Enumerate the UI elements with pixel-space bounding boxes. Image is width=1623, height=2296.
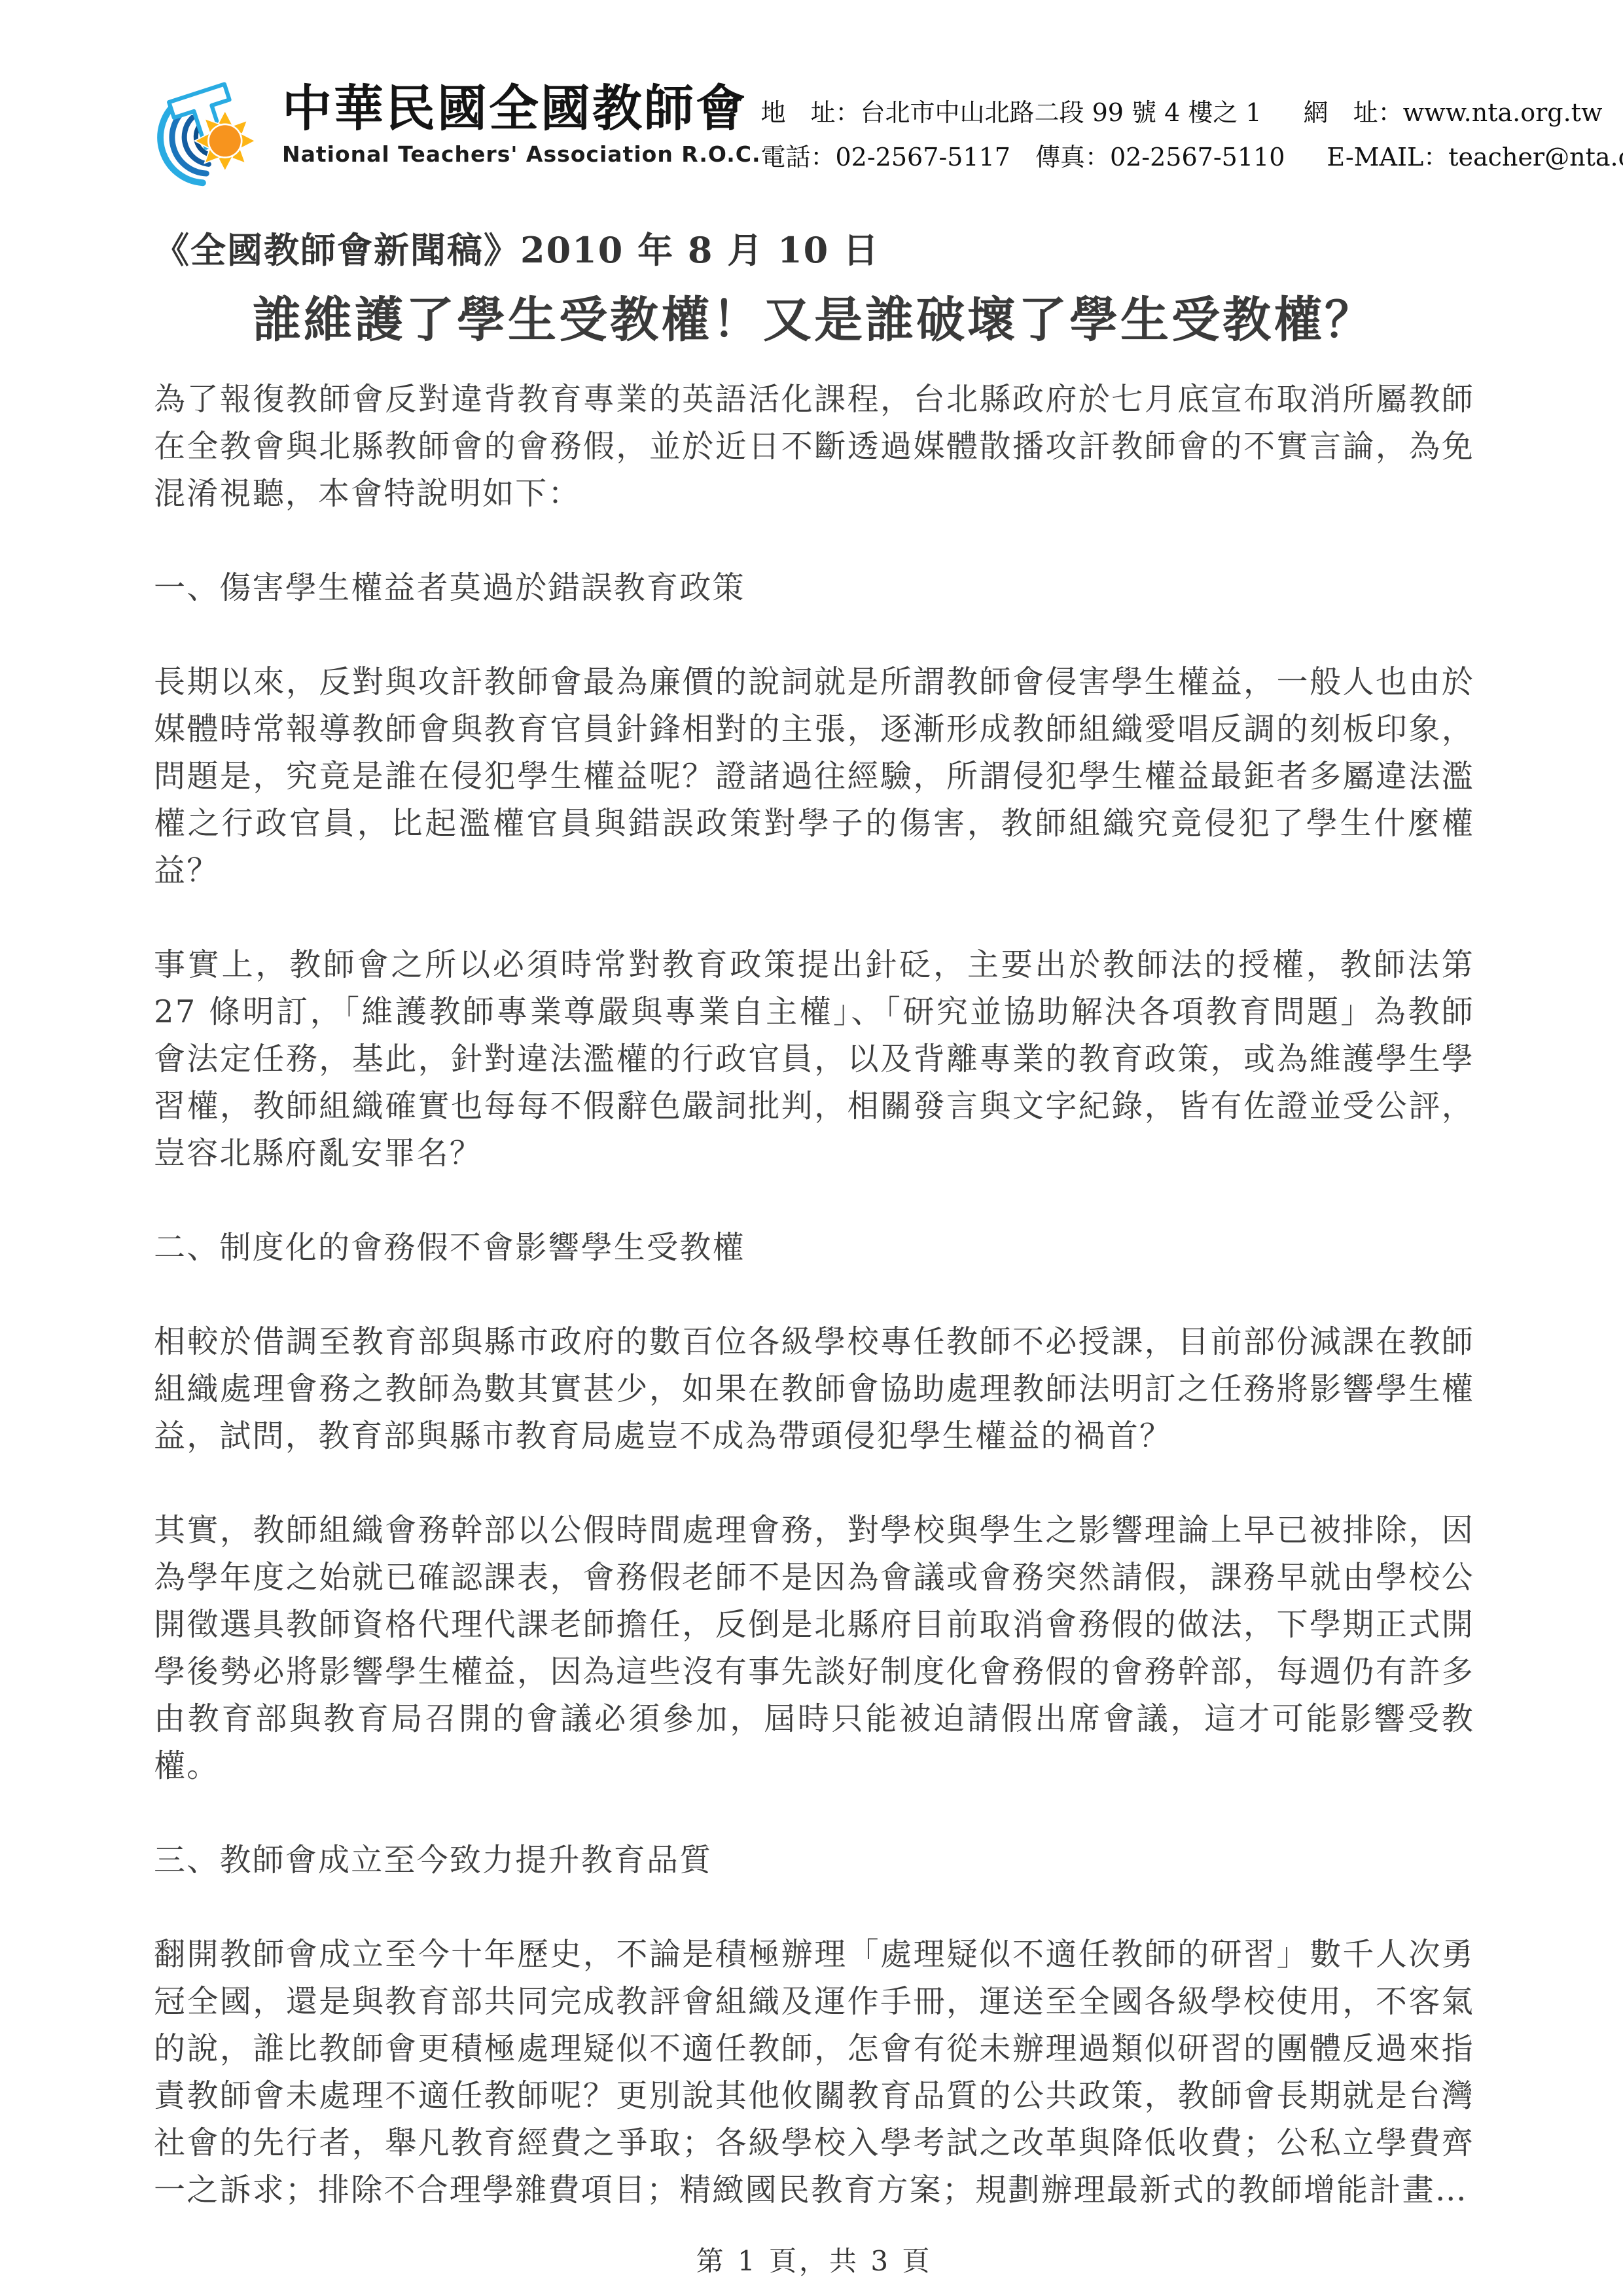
website-line: 網 址：www.nta.org.tw [1304, 90, 1603, 135]
section-1-paragraph-1: 長期以來，反對與攻訐教師會最為廉價的說詞就是所謂教師會侵害學生權益，一般人也由於… [154, 658, 1474, 894]
org-name-en: National Teachers' Association R.O.C. [282, 141, 760, 167]
section-2-paragraph-1: 相較於借調至教育部與縣市政府的數百位各級學校專任教師不必授課，目前部份減課在教師… [154, 1318, 1474, 1460]
address-line: 地 址：台北市中山北路二段 99 號 4 樓之 1 [760, 90, 1261, 135]
document-page: 中華民國全國教師會 National Teachers' Association… [0, 0, 1623, 2296]
org-brand-text: 中華民國全國教師會 National Teachers' Association… [282, 73, 760, 167]
contact-spacer [1262, 90, 1304, 135]
section-1-paragraph-2: 事實上，教師會之所以必須時常對教育政策提出針砭，主要出於教師法的授權，教師法第 … [154, 941, 1474, 1177]
contact-row-1: 地 址：台北市中山北路二段 99 號 4 樓之 1 網 址：www.nta.or… [760, 90, 1623, 135]
section-3-paragraph-1: 翻開教師會成立至今十年歷史，不論是積極辦理「處理疑似不適任教師的研習」數千人次勇… [154, 1931, 1474, 2214]
contact-spacer [1010, 135, 1035, 179]
section-heading-3: 三、教師會成立至今致力提升教育品質 [154, 1837, 1474, 1884]
page-title: 誰維護了學生受教權！又是誰破壞了學生受教權？ [154, 290, 1474, 351]
section-heading-2: 二、制度化的會務假不會影響學生受教權 [154, 1224, 1474, 1271]
page-number-footer: 第 1 頁，共 3 頁 [154, 2240, 1474, 2279]
document-body: 為了報復教師會反對違背教育專業的英語活化課程，台北縣政府於七月底宣布取消所屬教師… [154, 376, 1474, 2214]
fax-line: 傳真：02-2567-5110 [1035, 135, 1285, 179]
section-2-paragraph-2: 其實，教師組織會務幹部以公假時間處理會務，對學校與學生之影響理論上早已被排除，因… [154, 1507, 1474, 1789]
section-heading-1: 一、傷害學生權益者莫過於錯誤教育政策 [154, 564, 1474, 611]
org-brand: 中華民國全國教師會 National Teachers' Association… [154, 73, 760, 190]
email-line: E-MAIL：teacher@nta.org.tw [1327, 135, 1623, 179]
letterhead: 中華民國全國教師會 National Teachers' Association… [154, 73, 1474, 190]
contact-spacer [1285, 135, 1327, 179]
org-name-zh: 中華民國全國教師會 [282, 82, 760, 135]
intro-paragraph: 為了報復教師會反對違背教育專業的英語活化課程，台北縣政府於七月底宣布取消所屬教師… [154, 376, 1474, 517]
press-release-dateline: 《全國教師會新聞稿》2010 年 8 月 10 日 [154, 223, 1474, 273]
phone-line: 電話：02-2567-5117 [760, 135, 1010, 179]
contact-info: 地 址：台北市中山北路二段 99 號 4 樓之 1 網 址：www.nta.or… [760, 90, 1623, 180]
contact-row-2: 電話：02-2567-5117 傳真：02-2567-5110 E-MAIL：t… [760, 135, 1623, 179]
nta-logo-icon [154, 73, 273, 190]
